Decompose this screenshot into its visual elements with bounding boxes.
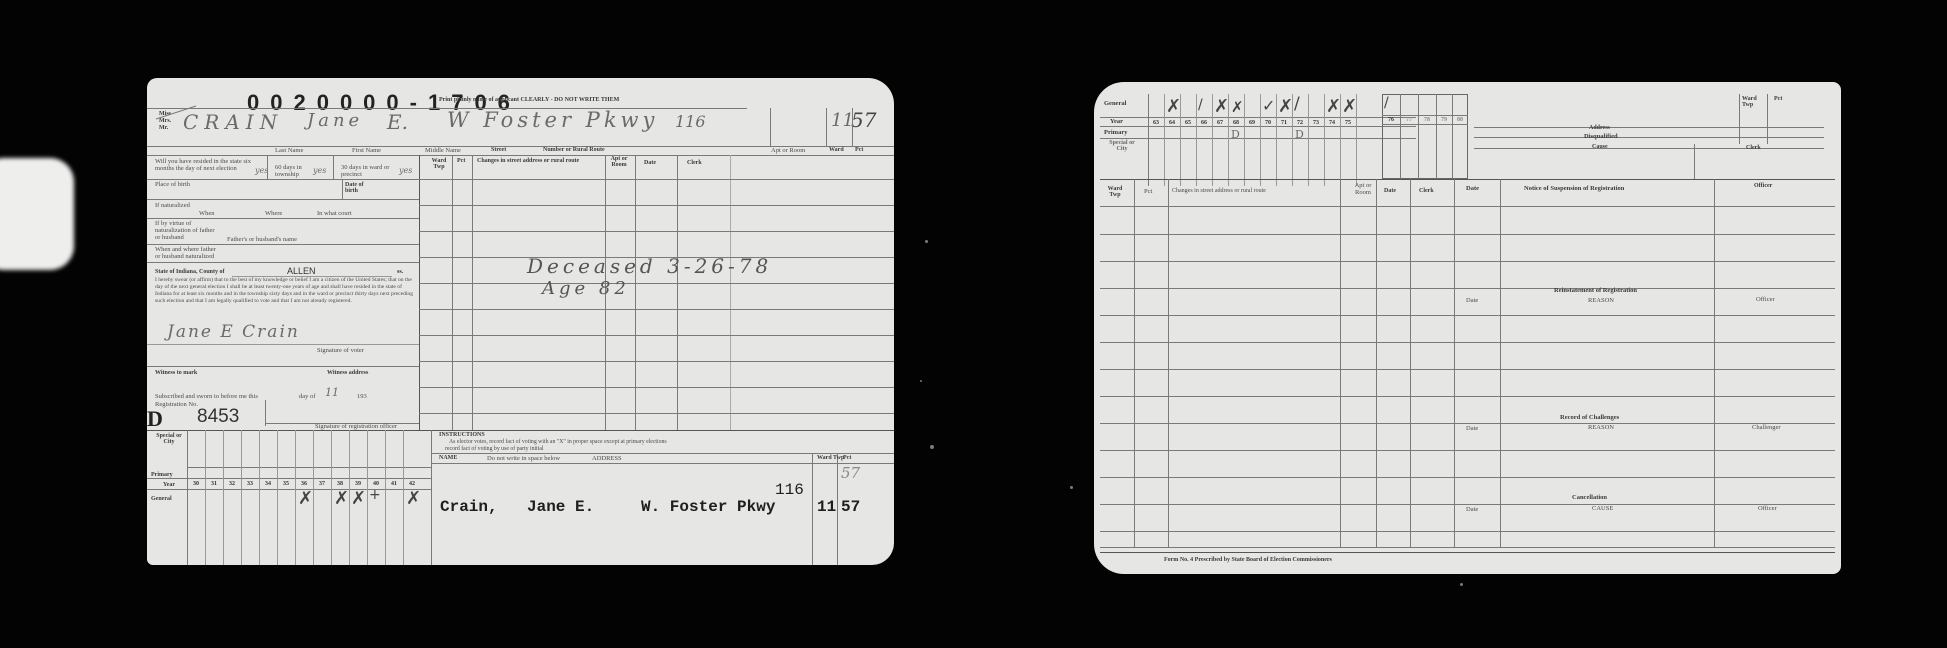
residence-question-ward: 30 days in ward or precinct: [341, 164, 401, 178]
back-changes-header-clerk: Clerk: [1419, 188, 1434, 194]
salutation-mrs: Mrs.: [159, 118, 171, 124]
instructions-pct-handwritten: 57: [841, 464, 860, 482]
dust-speck: [1460, 583, 1463, 586]
back-year-77: 77: [1400, 117, 1418, 123]
vote-mark-36: ✗: [298, 490, 313, 508]
back-year-74: 74: [1324, 120, 1340, 126]
back-changes-header-address: Changes in street address or rural route: [1172, 188, 1266, 195]
instructions-text-2: record fact of voting by use of party in…: [445, 446, 544, 452]
back-grid-label-primary: Primary: [1104, 130, 1127, 137]
back-vote-mark-66: /: [1198, 98, 1203, 112]
year-42: 42: [403, 481, 421, 487]
year-33: 33: [241, 481, 259, 487]
back-grid-label-general: General: [1104, 101, 1126, 108]
back-address-label: Address: [1589, 125, 1610, 131]
label-naturalized-when: When: [199, 210, 215, 217]
back-vote-mark-67: ✗: [1214, 98, 1229, 116]
year-30: 30: [187, 481, 205, 487]
back-changes-header-ward: Ward Twp: [1104, 186, 1126, 199]
reinstatement-header-date: Date: [1466, 297, 1478, 304]
vote-mark-38: ✗: [334, 490, 349, 508]
back-vote-mark-64: ✗: [1166, 98, 1181, 116]
back-changes-header-date: Date: [1384, 188, 1396, 194]
oath-text: I hereby swear (or affirm) that to the b…: [155, 277, 417, 306]
changes-header-date: Date: [644, 160, 656, 166]
back-year-70: 70: [1260, 120, 1276, 126]
back-year-65: 65: [1180, 120, 1196, 126]
registration-number: 8453: [197, 406, 239, 428]
reinstatement-title: Reinstatement of Registration: [1554, 288, 1637, 295]
year-41: 41: [385, 481, 403, 487]
subscribed-text: Subscribed and sworn to before me this: [155, 393, 258, 400]
changes-header-ward: Ward Twp: [427, 158, 451, 171]
residence-answer-township: yes: [313, 166, 326, 175]
challenges-header-date: Date: [1466, 425, 1478, 432]
back-year-78: 78: [1418, 117, 1436, 123]
back-vote-mark-70: ✓: [1262, 98, 1275, 114]
subscribed-day-label: day of: [299, 393, 315, 400]
instructions-name-label: NAME: [439, 455, 457, 461]
challenges-title: Record of Challenges: [1560, 415, 1619, 422]
changes-header-clerk: Clerk: [687, 160, 702, 166]
voter-signature: Jane E Crain: [167, 322, 300, 342]
label-signature-of-voter: Signature of voter: [317, 347, 364, 354]
cancellation-header-officer: Officer: [1758, 505, 1777, 512]
label-naturalized: If naturalized: [155, 202, 195, 209]
year-31: 31: [205, 481, 223, 487]
label-date-of-birth: Date of birth: [345, 182, 375, 195]
label-place-of-birth: Place of birth: [155, 181, 195, 188]
deceased-note: Deceased 3-26-78: [527, 254, 772, 278]
cancellation-title: Cancellation: [1572, 495, 1607, 502]
back-year-67: 67: [1212, 120, 1228, 126]
back-cause-label: Cause: [1592, 144, 1608, 150]
subscribed-year-prefix: 193: [357, 393, 367, 400]
year-38: 38: [331, 481, 349, 487]
stamped-street: W. Foster Pkwy: [641, 498, 775, 516]
dust-speck: [920, 380, 922, 382]
age-note: Age 82: [542, 278, 630, 299]
back-changes-header-apt: Apt or Room: [1352, 182, 1374, 196]
label-father-when-where: When and where father or husband natural…: [155, 246, 217, 260]
label-number: Number or Rural Route: [543, 147, 605, 153]
instructions-address-label: ADDRESS: [592, 455, 622, 462]
subscribed-month-handwritten: 11: [325, 386, 339, 399]
suspension-header-date: Date: [1466, 186, 1479, 193]
year-34: 34: [259, 481, 277, 487]
year-39: 39: [349, 481, 367, 487]
label-naturalized-court: In what court: [317, 210, 352, 217]
instructions-space-label: Do not write in space below: [487, 455, 560, 462]
year-35: 35: [277, 481, 295, 487]
back-year-71: 71: [1276, 120, 1292, 126]
street-handwritten: W Foster Pkwy: [447, 108, 658, 132]
changes-header-apt: Apt or Room: [607, 156, 631, 169]
registration-card-front: 0020000-1706 Print plainly name of appli…: [147, 78, 894, 565]
first-name-handwritten: Jane: [307, 110, 363, 131]
stamped-pct: 57: [841, 498, 860, 516]
reinstatement-header-reason: REASON: [1588, 297, 1614, 304]
stamped-ward: 11: [817, 498, 836, 516]
back-year-79: 79: [1436, 117, 1452, 123]
last-name-handwritten: CRAIN: [183, 110, 283, 134]
back-primary-mark-72: D: [1295, 128, 1304, 141]
grid-label-year: Year: [163, 482, 175, 488]
oath-county: ALLEN: [287, 266, 316, 276]
label-father-name: Father's or husband's name: [227, 236, 297, 243]
residence-question-state: Will you have resided in the state six m…: [155, 158, 255, 172]
header-instruction: Print plainly name of applicant CLEARLY …: [439, 97, 619, 103]
back-vote-mark-75: ✗: [1342, 98, 1357, 116]
year-37: 37: [313, 481, 331, 487]
dust-speck: [925, 240, 928, 243]
instructions-text-1: As elector votes, record fact of voting …: [449, 439, 667, 445]
back-year-68: 68: [1228, 120, 1244, 126]
back-grid-label-year: Year: [1110, 119, 1123, 126]
back-vote-mark-72: /: [1294, 96, 1300, 113]
vote-mark-39: ✗: [351, 490, 366, 508]
back-year-66: 66: [1196, 120, 1212, 126]
label-father-naturalization: If by virtue of naturalization of father…: [155, 220, 217, 241]
back-year-72: 72: [1292, 120, 1308, 126]
back-changes-header-pct: Pct: [1144, 188, 1152, 195]
label-street: Street: [491, 147, 506, 153]
back-year-73: 73: [1308, 120, 1324, 126]
instructions-ward-label: Ward Twp: [817, 455, 844, 461]
middle-initial-handwritten: E.: [387, 110, 408, 134]
label-pct: Pct: [855, 147, 863, 153]
back-grid-label-special: Special or City: [1104, 140, 1140, 153]
suspension-header-officer: Officer: [1754, 183, 1772, 189]
year-36: 36: [295, 481, 313, 487]
stamped-last-name: Crain,: [440, 498, 498, 516]
changes-header-address: Changes in street address or rural route: [477, 158, 579, 164]
label-witness-to-mark: Witness to mark: [155, 370, 197, 376]
label-last-name: Last Name: [275, 147, 303, 154]
suspension-header-notice: Notice of Suspension of Registration: [1524, 186, 1624, 193]
back-ward-label: Ward Twp: [1742, 96, 1764, 109]
back-year-69: 69: [1244, 120, 1260, 126]
label-naturalized-where: Where: [265, 210, 282, 217]
registration-card-back: General Year Primary Special or City 63 …: [1094, 82, 1841, 574]
back-year-76: 76: [1382, 117, 1400, 123]
back-vote-mark-68: ✗: [1231, 100, 1244, 115]
back-year-63: 63: [1148, 120, 1164, 126]
back-vote-mark-71: ✗: [1278, 98, 1293, 116]
vote-mark-42: ✗: [406, 490, 421, 508]
adjacent-card-edge: [0, 158, 74, 270]
challenges-header-challenger: Challenger: [1752, 424, 1781, 431]
instructions-title: INSTRUCTIONS: [439, 432, 485, 438]
label-apt: Apt or Room: [771, 147, 805, 154]
label-middle-name: Middle Name: [425, 147, 461, 154]
back-year-80: 80: [1452, 117, 1468, 123]
grid-label-general: General: [151, 496, 172, 502]
reinstatement-header-officer: Officer: [1756, 296, 1775, 303]
back-pct-label: Pct: [1774, 96, 1782, 102]
oath-ss: ss.: [397, 269, 403, 275]
grid-label-special: Special or City: [151, 433, 187, 446]
number-handwritten: 116: [675, 112, 706, 131]
dust-speck: [1070, 486, 1073, 489]
label-ward: Ward: [829, 147, 844, 153]
cancellation-header-cause: CAUSE: [1592, 505, 1613, 512]
cancellation-header-date: Date: [1466, 506, 1478, 513]
stamped-first-name: Jane E.: [527, 498, 594, 516]
dust-speck: [930, 445, 934, 449]
label-witness-address: Witness address: [327, 370, 368, 376]
oath-state-line: State of Indiana, County of: [155, 269, 225, 275]
label-first-name: First Name: [352, 147, 381, 154]
instructions-pct-label: Pct: [843, 455, 851, 461]
salutation-mr: Mr.: [159, 125, 168, 131]
vote-mark-40: +: [369, 488, 381, 502]
back-year-75: 75: [1340, 120, 1356, 126]
challenges-header-reason: REASON: [1588, 424, 1614, 431]
changes-header-pct: Pct: [457, 158, 465, 164]
back-clerk-label: Clerk: [1746, 145, 1761, 151]
back-grid-76-80: [1382, 94, 1468, 179]
back-year-64: 64: [1164, 120, 1180, 126]
year-32: 32: [223, 481, 241, 487]
stamped-number: 116: [775, 481, 804, 499]
pct-handwritten: 57: [851, 108, 876, 132]
back-vote-mark-74: ✗: [1326, 98, 1341, 116]
registration-prefix: D: [147, 406, 163, 432]
back-disqualified-label: Disqualified: [1584, 134, 1618, 141]
residence-answer-ward: yes: [399, 166, 412, 175]
back-primary-mark-68: D: [1231, 128, 1240, 141]
form-footer: Form No. 4 Prescribed by State Board of …: [1164, 557, 1332, 563]
back-vote-mark-76: /: [1384, 96, 1389, 110]
